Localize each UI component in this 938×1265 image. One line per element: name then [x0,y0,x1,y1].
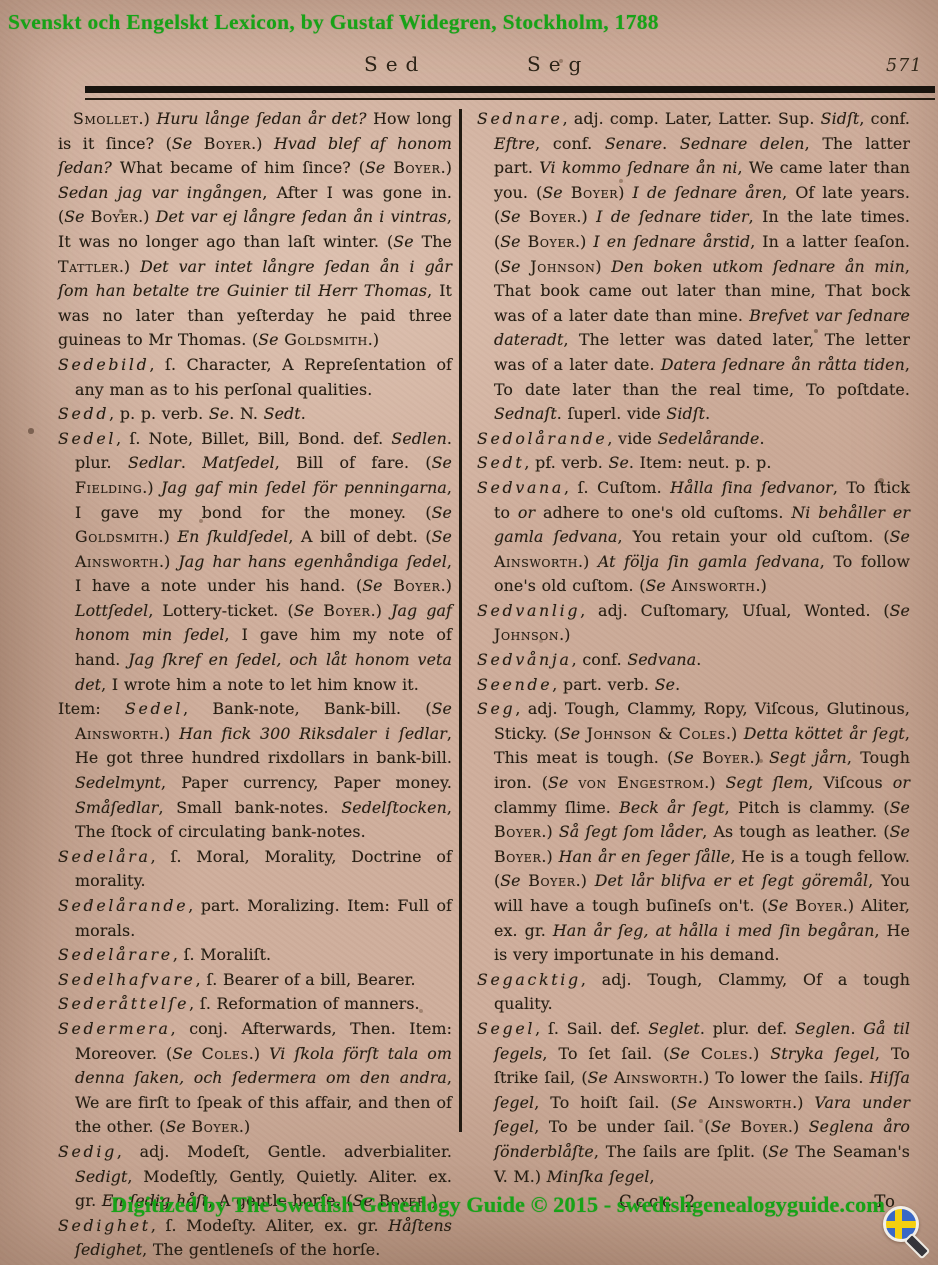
dictionary-entry: Sedebild, ſ. Character, A Repreſentation… [58,353,452,402]
smallcaps-author: Boyer [323,601,370,620]
italic-phrase: Sedlen [391,429,446,448]
smallcaps-author: Johnson [494,625,559,644]
headword: Sedelårare [58,945,173,964]
italic-phrase: Seglen [795,1019,850,1038]
italic-phrase: Se [432,527,452,546]
italic-phrase: Lottſedel [75,601,148,620]
smallcaps-author: Boyer [702,748,749,767]
headword: Sedolårande [477,429,607,448]
italic-phrase: At följa ſin gamla ſedvana [598,552,820,571]
dictionary-entry: Sedermera, conj. Afterwards, Then. Item:… [58,1017,452,1140]
italic-phrase: Sedelſtocken [341,798,447,817]
smallcaps-author: Coles [701,1044,748,1063]
italic-phrase: Se [172,134,192,153]
dictionary-entry: Sedolårande, vide Sedelårande. [477,427,910,452]
italic-phrase: Det lår blifva er et ſegt göremål [595,871,869,890]
smallcaps-author: Goldsmith [75,527,159,546]
italic-phrase: Sidſt [666,404,705,423]
italic-phrase: En ſkuldſedel [177,527,288,546]
italic-phrase: Sedt [264,404,301,423]
smallcaps-author: Ainsworth [494,552,578,571]
smallcaps-author: von Engestrom [578,773,704,792]
dictionary-entry: Sedelårare, ſ. Moraliſt. [58,943,452,968]
italic-phrase: Segt jårn [769,748,847,767]
smallcaps-author: Boyer [740,1117,787,1136]
dictionary-entry: Sedighet, ſ. Modeſty. Aliter, ex. gr. Hå… [58,1214,452,1263]
smallcaps-author: Johnson [587,724,652,743]
header-double-rule [85,86,935,100]
dictionary-entry: Sedvanlig, adj. Cuſtomary, Uſual, Wonted… [477,599,910,648]
italic-phrase: Den boken utkom ſednare ån min [611,257,905,276]
paper-specks-decoration [0,0,2,2]
italic-phrase: Se [646,576,666,595]
headword: Sedighet [58,1216,151,1235]
smallcaps-author: Tattler [58,257,119,276]
italic-phrase: Sedigt [75,1167,127,1186]
column-divider-rule [459,109,462,1132]
italic-phrase: Se [500,207,520,226]
italic-phrase: Datera ſednare ån råtta tiden [661,355,905,374]
headword: Sedermera [58,1019,171,1038]
headword: Seg [477,699,515,718]
smallcaps-author: Ainsworth [672,576,756,595]
italic-phrase: Se [172,1044,192,1063]
italic-phrase: Vi ſkola förſt tala om denna ſaken, och … [75,1044,452,1088]
headword: Sedebild [58,355,149,374]
italic-phrase: Seglena åro ſönderblåſte [494,1117,910,1161]
italic-phrase: or [518,503,535,522]
italic-phrase: Beck år ſegt [619,798,724,817]
dictionary-entry: Seg, adj. Tough, Clammy, Ropy, Viſcous, … [477,697,910,968]
italic-phrase: Se [890,601,910,620]
italic-phrase: Senare [605,134,662,153]
italic-phrase: Se [393,232,413,251]
italic-phrase: Se [258,330,278,349]
italic-phrase: Huru långe ſedan år det? [156,109,366,128]
smallcaps-author: Boyer [393,158,440,177]
dictionary-entry: Smollet.) Huru långe ſedan år det? How l… [58,107,452,353]
italic-phrase: Sidſt [821,109,860,128]
running-head-sed: Sed [364,52,426,76]
italic-phrase: Se [711,1117,731,1136]
smallcaps-author: Boyer [393,576,440,595]
smallcaps-author: Boyer [494,847,541,866]
left-column: Smollet.) Huru långe ſedan år det? How l… [58,107,452,1263]
digitizer-header-caption: Svenskt och Engelskt Lexicon, by Gustaf … [8,10,659,35]
headword: Sedel [125,699,183,718]
italic-phrase: Se [166,1117,186,1136]
italic-phrase: Jag ſkref en ſedel, och låt honom veta d… [75,650,452,694]
italic-phrase: Sedvana [627,650,696,669]
smallcaps-author: Goldsmith [284,330,368,349]
headword: Segacktig [477,970,581,989]
italic-phrase: Detta köttet år ſegt [744,724,905,743]
italic-phrase: Se [365,158,385,177]
italic-phrase: Sedelårande [658,429,760,448]
dictionary-entry: Segel, ſ. Sail. def. Seglet. plur. def. … [477,1017,910,1189]
smallcaps-author: Coles [679,724,726,743]
italic-phrase: Minſka ſegel [547,1167,650,1186]
italic-phrase: or [893,773,910,792]
italic-phrase: Så ſegt ſom låder [559,822,702,841]
italic-phrase: Se [542,183,562,202]
italic-phrase: Se [209,404,229,423]
italic-phrase: Se [673,748,693,767]
italic-phrase: Det var ej långre ſedan ån i vintras [156,207,447,226]
headword: Sederåttelſe [58,994,189,1013]
headword: Sedvana [477,478,564,497]
italic-phrase: Småſedlar [75,798,158,817]
italic-phrase: Ni behåller er gamla ſedvana [494,503,910,547]
italic-phrase: Jag gaf min ſedel för penningarna [161,478,447,497]
italic-phrase: Se [500,257,520,276]
italic-phrase: Se [432,699,452,718]
italic-phrase: Se [560,724,580,743]
italic-phrase: I en ſednare årstid [593,232,750,251]
italic-phrase: Sedlar [128,453,181,472]
italic-phrase: Se [432,453,452,472]
italic-phrase: Se [655,675,675,694]
italic-phrase: Se [362,576,382,595]
dictionary-entry: Sedelåra, ſ. Moral, Morality, Doctrine o… [58,845,452,894]
italic-phrase: Hålla ſina ſedvanor [670,478,833,497]
italic-phrase: I de ſednare åren [633,183,783,202]
dictionary-entry: Seende, part. verb. Se. [477,673,910,698]
italic-phrase: Se [294,601,314,620]
smallcaps-author: Boyer [528,232,575,251]
scanned-dictionary-page: Svenskt och Engelskt Lexicon, by Gustaf … [0,0,938,1265]
smallcaps-author: Coles [202,1044,249,1063]
italic-phrase: Se [609,453,629,472]
italic-phrase: Se [500,871,520,890]
headword: Sedelårande [58,896,188,915]
italic-phrase: Han fick 300 Riksdaler i ſedlar [179,724,447,743]
running-head-seg: Seg [527,52,589,76]
italic-phrase: Se [64,207,84,226]
smallcaps-author: Ainsworth [614,1068,698,1087]
italic-phrase: Se [768,1142,788,1161]
italic-phrase: Han år ſeg, at hålla i med ſin begåran [553,921,875,940]
dictionary-entry: Sedt, pf. verb. Se. Item: neut. p. p. [477,451,910,476]
smallcaps-author: Fielding [75,478,142,497]
italic-phrase: Se [890,822,910,841]
italic-phrase: Matſedel [202,453,274,472]
right-column: Sednare, adj. comp. Later, Latter. Sup. … [477,107,910,1215]
headword: Sedt [477,453,524,472]
dictionary-entry: Sedel, ſ. Note, Billet, Bill, Bond. def.… [58,427,452,698]
italic-phrase: Stryka ſegel [770,1044,874,1063]
headword: Segel [477,1019,535,1038]
headword: Seende [477,675,552,694]
headword: Sednare [477,109,563,128]
dictionary-entry: Sederåttelſe, ſ. Reformation of manners. [58,992,452,1017]
dictionary-entry: Sedvånja, conf. Sedvana. [477,648,910,673]
smallcaps-author: Boyer [529,207,576,226]
smallcaps-author: Boyer [204,134,251,153]
smallcaps-author: Ainsworth [75,724,159,743]
smallcaps-author: Boyer [795,896,842,915]
smallcaps-author: Boyer [192,1117,239,1136]
smallcaps-author: Boyer [528,871,575,890]
italic-phrase: Sednare delen [680,134,805,153]
italic-phrase: Jag har hans egenhåndiga ſedel [178,552,447,571]
italic-phrase: I de ſednare tider [596,207,749,226]
dictionary-entry: Item: Sedel, Bank-note, Bank-bill. (Se A… [58,697,452,845]
smallcaps-author: Johnson [530,257,595,276]
italic-phrase: Sednaſt [494,404,557,423]
headword: Sedelhafvare [58,970,196,989]
magnifier-handle-icon [904,1233,931,1260]
smallcaps-author: Boyer [91,207,138,226]
dictionary-entry: Sedvana, ſ. Cuſtom. Hålla ſina ſedvanor,… [477,476,910,599]
italic-phrase: Se [548,773,568,792]
smallcaps-author: Ainsworth [708,1093,792,1112]
headword: Sedelåra [58,847,151,866]
italic-phrase: Se [677,1093,697,1112]
italic-phrase: Seglet [648,1019,700,1038]
italic-phrase: Vi kommo ſednare ån ni [539,158,737,177]
italic-phrase: Sedelmynt [75,773,161,792]
italic-phrase: Eftre [494,134,535,153]
italic-phrase: Se [768,896,788,915]
dictionary-entry: Sedd, p. p. verb. Se. N. Sedt. [58,402,452,427]
italic-phrase: Se [432,503,452,522]
smallcaps-author: Boyer [494,822,541,841]
headword: Sedig [58,1142,117,1161]
italic-phrase: Sedan jag var ingången [58,183,262,202]
dictionary-entry: Sednare, adj. comp. Later, Latter. Sup. … [477,107,910,427]
italic-phrase: Han år en ſeger ſålle [559,847,731,866]
italic-phrase: Se [890,527,910,546]
italic-phrase: Brefvet var ſednare dateradt [494,306,910,350]
italic-phrase: Se [500,232,520,251]
italic-phrase: Se [670,1044,690,1063]
smallcaps-author: Boyer [571,183,618,202]
headword: Sedd [58,404,109,423]
dictionary-entry: Sedelårande, part. Moralizing. Item: Ful… [58,894,452,943]
headword: Sedvanlig [477,601,580,620]
italic-phrase: Segt ſlem [726,773,809,792]
italic-phrase: Se [890,798,910,817]
dictionary-entry: Segacktig, adj. Tough, Clammy, Of a toug… [477,968,910,1017]
headword: Sedel [58,429,116,448]
page-number: 571 [886,56,922,76]
headword: Sedvånja [477,650,572,669]
smallcaps-author: Smollet [73,109,139,128]
italic-phrase: Se [588,1068,608,1087]
dictionary-entry: Sedelhafvare, ſ. Bearer of a bill, Beare… [58,968,452,993]
smallcaps-author: Ainsworth [75,552,159,571]
digitizer-footer-caption: Digitized by The Swedish Genealogy Guide… [0,1192,938,1218]
